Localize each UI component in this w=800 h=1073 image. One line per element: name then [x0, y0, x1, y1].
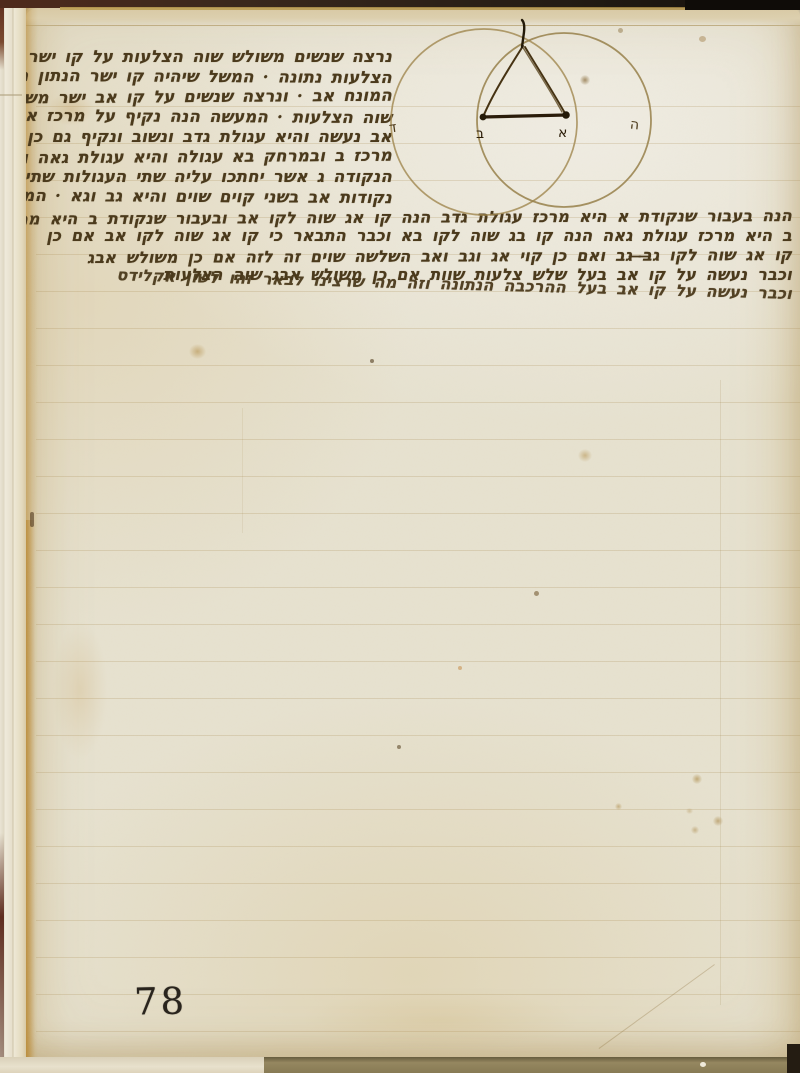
leaf-seam [0, 94, 22, 96]
parchment-speck [534, 591, 539, 596]
manuscript-line: נקודות אב בשני קוים שוים והיא גב וגא · ה… [22, 186, 392, 208]
parchment-speck [370, 359, 374, 363]
geometric-diagram: ב א ד ה [372, 10, 662, 218]
manuscript-scan: נרצה שנשים משולש שוה הצלעות על קו ישר נת… [0, 0, 800, 1073]
desk-speck [700, 1062, 706, 1067]
manuscript-line: נרצה שנשים משולש שוה הצלעות על קו ישר נת… [22, 47, 392, 67]
left-circle [391, 29, 577, 215]
base-line-AB [483, 115, 566, 117]
right-circle [477, 33, 651, 207]
parchment-stain [578, 449, 592, 462]
parchment-stain [52, 620, 108, 760]
marginal-ink-mark [30, 512, 34, 527]
label-right-edge: ה [629, 117, 640, 134]
manuscript-line: המונח אב · ונרצה שנשים על קו אב ישר משול… [22, 86, 392, 109]
stain-cluster-dot [691, 826, 699, 834]
label-right-center: א [558, 125, 567, 141]
stain-cluster-dot [615, 803, 622, 810]
triangle-left-side [483, 46, 523, 117]
lower-leaf-edges [0, 1057, 264, 1073]
page-fore-edges [0, 0, 26, 1073]
parchment-speck [397, 745, 401, 749]
center-point-B [480, 114, 487, 121]
faint-vertical-rule [242, 408, 243, 533]
triangle-right-side [525, 47, 566, 115]
label-left-center: ב [476, 126, 484, 142]
manuscript-line: ב היא מרכז עגולת גאה הנה קו בג שוה לקו ב… [28, 226, 792, 246]
stain-cluster-dot [686, 808, 693, 814]
center-point-A [562, 111, 570, 119]
parchment-stain [189, 344, 206, 359]
manuscript-line: שוה הצלעות · המעשה הנה נקיף על מרכז א ונ… [22, 106, 392, 128]
vertical-crease [720, 380, 721, 1005]
text-block-upper: נרצה שנשים משולש שוה הצלעות על קו ישר נת… [22, 47, 392, 207]
parchment-stain [300, 990, 580, 1050]
label-left-edge: ד [388, 120, 398, 137]
desk-surface [264, 1057, 800, 1073]
manuscript-line: הצלעות נתונה · המשל שיהיה קו ישר הנתון ה… [22, 66, 392, 88]
text-block-lower: הנה בעבור שנקודת א היא מרכז עגולת גדב הנ… [28, 206, 792, 304]
stain-cluster-dot [692, 774, 702, 784]
shadow-corner [787, 1044, 800, 1073]
manuscript-line: הנקודה ג אשר יחתכו עליה שתי העגולות שתי [22, 167, 392, 187]
triangle-right-side-retrace [522, 46, 562, 112]
binding-corner-dark [685, 0, 800, 10]
parchment-speck [699, 36, 706, 42]
folio-number: 78 [134, 980, 188, 1024]
manuscript-line: אב נעשה והיא עגולת גדב ונשוב ונקיף גם כן… [22, 127, 392, 147]
stain-cluster-dot [713, 816, 723, 826]
parchment-speck [458, 666, 462, 670]
manuscript-line: קו אג שוה לקו ג̶ב̶ גב ואם כן קוי אג וגב … [28, 245, 792, 268]
manuscript-line: מרכז ב ובמרחק בא עגולה והיא עגולת גאה ונ… [22, 146, 392, 169]
